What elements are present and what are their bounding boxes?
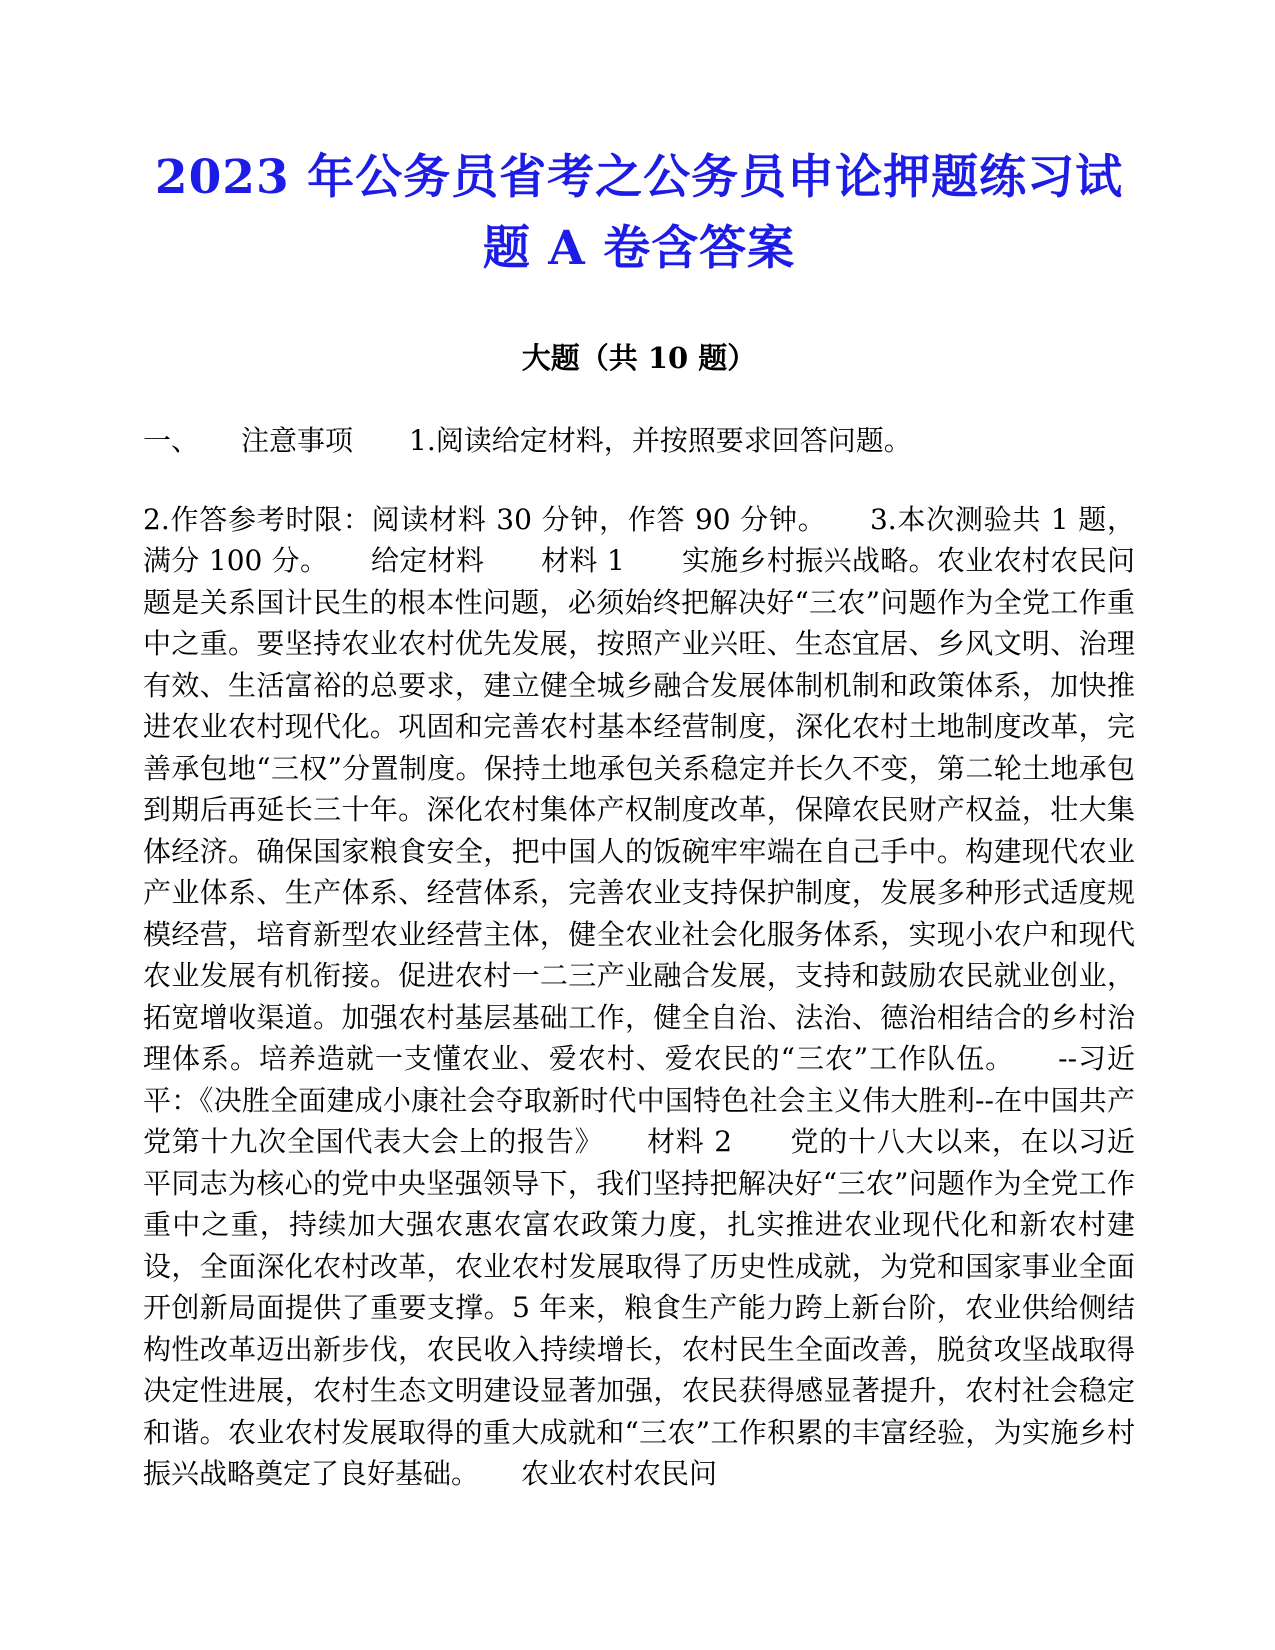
document-title: 2023 年公务员省考之公务员申论押题练习试题 A 卷含答案 xyxy=(143,142,1135,284)
document-page: 2023 年公务员省考之公务员申论押题练习试题 A 卷含答案 大题（共 10 题… xyxy=(0,0,1275,1650)
section-heading: 大题（共 10 题） xyxy=(143,338,1135,378)
material-paragraph: 2.作答参考时限：阅读材料 30 分钟，作答 90 分钟。 3.本次测验共 1 … xyxy=(143,499,1135,1495)
notice-items-line: 一、 注意事项 1.阅读给定材料，并按照要求回答问题。 xyxy=(143,420,1135,462)
